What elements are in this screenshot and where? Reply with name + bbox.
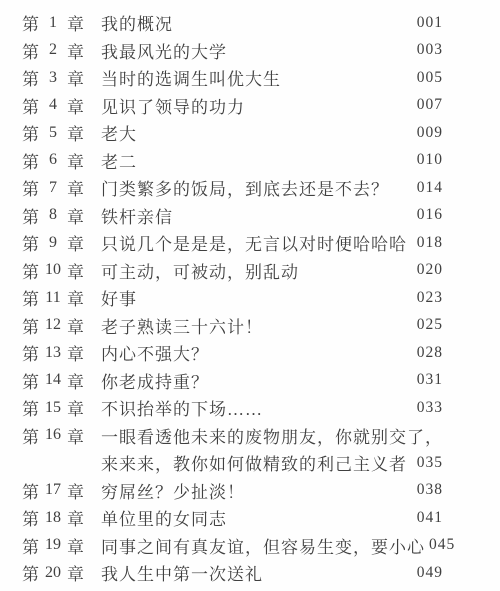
chapter-prefix: 第 — [22, 478, 39, 503]
page-number: 045 — [425, 536, 455, 554]
chapter-number: 6 — [39, 151, 67, 169]
page-number: 033 — [413, 399, 443, 417]
chapter-label: 第 18 章 — [22, 505, 84, 530]
chapter-prefix: 第 — [22, 65, 39, 90]
chapter-suffix: 章 — [67, 38, 84, 63]
page-number: 003 — [413, 41, 443, 59]
chapter-number: 17 — [39, 481, 67, 499]
chapter-title: 我的概况 — [101, 10, 173, 35]
chapter-number: 13 — [39, 344, 67, 362]
chapter-title: 我最风光的大学 — [101, 38, 227, 63]
chapter-number: 12 — [39, 316, 67, 334]
chapter-suffix: 章 — [67, 203, 84, 228]
chapter-label: 第 9 章 — [22, 230, 84, 255]
toc-entry-row: 第 6 章 老二 010 — [22, 147, 443, 175]
chapter-title: 我人生中第一次送礼 — [101, 560, 263, 585]
chapter-number: 10 — [39, 261, 67, 279]
page-number: 023 — [413, 289, 443, 307]
chapter-label: 第 7 章 — [22, 175, 84, 200]
chapter-prefix: 第 — [22, 175, 39, 200]
toc-entry-row: 第 17 章 穷屌丝？少扯淡！ 038 — [22, 477, 443, 505]
chapter-prefix: 第 — [22, 560, 39, 585]
page-number: 005 — [413, 69, 443, 87]
chapter-title: 好事 — [101, 285, 137, 310]
chapter-suffix: 章 — [67, 285, 84, 310]
page-number: 035 — [413, 454, 443, 472]
toc-entry-row: 第 1 章 我的概况 001 — [22, 9, 443, 37]
page-number: 009 — [413, 124, 443, 142]
chapter-number: 15 — [39, 399, 67, 417]
chapter-suffix: 章 — [67, 478, 84, 503]
chapter-prefix: 第 — [22, 93, 39, 118]
chapter-title: 内心不强大？ — [101, 340, 209, 365]
chapter-label: 第 3 章 — [22, 65, 84, 90]
page-number: 038 — [413, 481, 443, 499]
toc-entry-row: 第 8 章 铁杆亲信 016 — [22, 202, 443, 230]
chapter-number: 3 — [39, 69, 67, 87]
chapter-title: 穷屌丝？少扯淡！ — [101, 478, 245, 503]
chapter-number: 11 — [39, 289, 67, 307]
chapter-number: 20 — [39, 564, 67, 582]
toc-entry-row: 第 9 章 只说几个是是是，无言以对时便哈哈哈 018 — [22, 229, 443, 257]
chapter-suffix: 章 — [67, 93, 84, 118]
chapter-suffix: 章 — [67, 368, 84, 393]
chapter-suffix: 章 — [67, 395, 84, 420]
toc-entry-row: 第 19 章 同事之间有真友谊，但容易生变，要小心 045 — [22, 532, 443, 560]
chapter-number: 19 — [39, 536, 67, 554]
chapter-number: 1 — [39, 14, 67, 32]
chapter-prefix: 第 — [22, 10, 39, 35]
chapter-title: 只说几个是是是，无言以对时便哈哈哈 — [101, 230, 407, 255]
chapter-prefix: 第 — [22, 423, 39, 448]
toc-entry-row: 第 20 章 我人生中第一次送礼 049 — [22, 559, 443, 587]
chapter-label: 第 20 章 — [22, 560, 84, 585]
chapter-number: 4 — [39, 96, 67, 114]
chapter-suffix: 章 — [67, 560, 84, 585]
chapter-title: 同事之间有真友谊，但容易生变，要小心 — [101, 533, 425, 558]
page-number: 007 — [413, 96, 443, 114]
page-number: 016 — [413, 206, 443, 224]
chapter-title: 不识抬举的下场…… — [101, 395, 263, 420]
chapter-title: 可主动，可被动，别乱动 — [101, 258, 299, 283]
chapter-suffix: 章 — [67, 65, 84, 90]
chapter-suffix: 章 — [67, 505, 84, 530]
chapter-title: 当时的选调生叫优大生 — [101, 65, 281, 90]
chapter-label: 第 1 章 — [22, 10, 84, 35]
toc-entry-row: 第 14 章 你老成持重？ 031 — [22, 367, 443, 395]
page-number: 001 — [413, 14, 443, 32]
chapter-label: 第 19 章 — [22, 533, 84, 558]
page-number: 020 — [413, 261, 443, 279]
toc-entry-row: 第 7 章 门类繁多的饭局，到底去还是不去？ 014 — [22, 174, 443, 202]
chapter-number: 9 — [39, 234, 67, 252]
chapter-suffix: 章 — [67, 340, 84, 365]
chapter-label: 第 4 章 — [22, 93, 84, 118]
chapter-suffix: 章 — [67, 230, 84, 255]
toc-entry-row: 第 2 章 我最风光的大学 003 — [22, 37, 443, 65]
chapter-suffix: 章 — [67, 148, 84, 173]
toc-entry-row: 来来来，教你如何做精致的利己主义者 035 — [22, 449, 443, 477]
chapter-label: 第 14 章 — [22, 368, 84, 393]
chapter-suffix: 章 — [67, 175, 84, 200]
chapter-label: 第 6 章 — [22, 148, 84, 173]
toc-entry-row: 第 5 章 老大 009 — [22, 119, 443, 147]
chapter-suffix: 章 — [67, 258, 84, 283]
page-number: 041 — [413, 509, 443, 527]
chapter-label: 第 15 章 — [22, 395, 84, 420]
toc-entry-row: 第 16 章 一眼看透他未来的废物朋友，你就别交了， — [22, 422, 443, 450]
chapter-prefix: 第 — [22, 258, 39, 283]
chapter-title: 老子熟读三十六计！ — [101, 313, 263, 338]
chapter-title: 来来来，教你如何做精致的利己主义者 — [101, 450, 407, 475]
chapter-prefix: 第 — [22, 230, 39, 255]
chapter-prefix: 第 — [22, 340, 39, 365]
chapter-title: 老二 — [101, 148, 137, 173]
chapter-suffix: 章 — [67, 533, 84, 558]
page-number: 014 — [413, 179, 443, 197]
chapter-prefix: 第 — [22, 505, 39, 530]
toc-entry-row: 第 4 章 见识了领导的功力 007 — [22, 92, 443, 120]
chapter-prefix: 第 — [22, 313, 39, 338]
chapter-number: 16 — [39, 426, 67, 444]
chapter-number: 2 — [39, 41, 67, 59]
toc-entry-row: 第 15 章 不识抬举的下场…… 033 — [22, 394, 443, 422]
chapter-label: 第 10 章 — [22, 258, 84, 283]
chapter-prefix: 第 — [22, 533, 39, 558]
toc-entry-row: 第 3 章 当时的选调生叫优大生 005 — [22, 64, 443, 92]
chapter-prefix: 第 — [22, 203, 39, 228]
chapter-title: 门类繁多的饭局，到底去还是不去？ — [101, 175, 389, 200]
toc-entry-row: 第 13 章 内心不强大？ 028 — [22, 339, 443, 367]
chapter-prefix: 第 — [22, 285, 39, 310]
toc-entry-row: 第 12 章 老子熟读三十六计！ 025 — [22, 312, 443, 340]
scanned-toc-page: 第 1 章 我的概况 001 第 2 章 我最风光的大学 003 第 3 章 当… — [0, 0, 500, 591]
table-of-contents: 第 1 章 我的概况 001 第 2 章 我最风光的大学 003 第 3 章 当… — [22, 9, 443, 587]
chapter-number: 5 — [39, 124, 67, 142]
page-number: 025 — [413, 316, 443, 334]
chapter-suffix: 章 — [67, 423, 84, 448]
chapter-prefix: 第 — [22, 38, 39, 63]
chapter-prefix: 第 — [22, 395, 39, 420]
chapter-label: 第 16 章 — [22, 423, 84, 448]
page-number: 049 — [413, 564, 443, 582]
chapter-suffix: 章 — [67, 10, 84, 35]
chapter-prefix: 第 — [22, 368, 39, 393]
chapter-suffix: 章 — [67, 120, 84, 145]
page-number: 028 — [413, 344, 443, 362]
chapter-number: 8 — [39, 206, 67, 224]
chapter-label: 第 11 章 — [22, 285, 84, 310]
chapter-number: 7 — [39, 179, 67, 197]
chapter-label: 第 17 章 — [22, 478, 84, 503]
toc-entry-row: 第 18 章 单位里的女同志 041 — [22, 504, 443, 532]
toc-entry-row: 第 10 章 可主动，可被动，别乱动 020 — [22, 257, 443, 285]
page-number: 031 — [413, 371, 443, 389]
page-number: 018 — [413, 234, 443, 252]
chapter-label: 第 12 章 — [22, 313, 84, 338]
chapter-label: 第 13 章 — [22, 340, 84, 365]
chapter-title: 铁杆亲信 — [101, 203, 173, 228]
chapter-suffix: 章 — [67, 313, 84, 338]
chapter-prefix: 第 — [22, 120, 39, 145]
chapter-title: 见识了领导的功力 — [101, 93, 245, 118]
chapter-number: 14 — [39, 371, 67, 389]
chapter-title: 你老成持重？ — [101, 368, 209, 393]
chapter-title: 单位里的女同志 — [101, 505, 227, 530]
chapter-label: 第 8 章 — [22, 203, 84, 228]
toc-entry-row: 第 11 章 好事 023 — [22, 284, 443, 312]
chapter-label: 第 5 章 — [22, 120, 84, 145]
chapter-prefix: 第 — [22, 148, 39, 173]
chapter-label: 第 2 章 — [22, 38, 84, 63]
chapter-number: 18 — [39, 509, 67, 527]
chapter-title: 老大 — [101, 120, 137, 145]
page-number: 010 — [413, 151, 443, 169]
chapter-title: 一眼看透他未来的废物朋友，你就别交了， — [101, 423, 443, 448]
